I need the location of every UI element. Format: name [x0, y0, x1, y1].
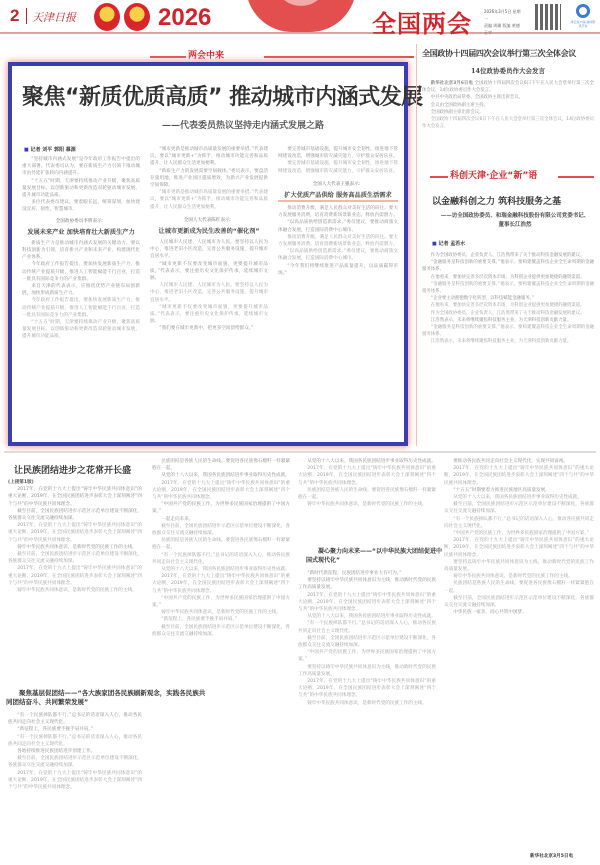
- subhead-kicker: 全国人大代表陈红表示：: [150, 217, 268, 224]
- paragraph: “城市更新是推动城市高质量发展的重要举措。”代表建议，要以“城市更新+”为抓手，…: [150, 189, 268, 211]
- bottom-column-2: 民族团结是各族人民的生命线。要促进各民族像石榴籽一样紧紧抱在一起。 从党的十八大…: [152, 458, 290, 862]
- right-feature-subtitle: ——访全国政协委员、和瑞金融科技股份有限公司党委书记、董事长江浩然: [440, 212, 590, 230]
- paragraph: 要坚持以铸牢中华民族共同体意识为主线，推动新时代党的民族工作高质量发展。: [444, 559, 594, 573]
- article-column-1: “坚持城市内涵式发展”是今年政府工作报告中提出的重大部署。代表委员认为，要在新质…: [22, 156, 140, 440]
- paragraph: 截至目前，全国民族团结进步示范区示范单位建设不断深化，各族群众交往交流交融持续加…: [152, 624, 290, 638]
- paragraph: 铸牢中华民族共同体意识，是新时代党的民族工作的主线。: [298, 700, 436, 707]
- bottom-subhead-3: 凝心聚力向未来——“以中华民族大团结促进中国式现代化”: [306, 547, 446, 565]
- article-column-2: “城市更新是推动城市高质量发展的重要举措。”代表建议，要以“城市更新+”为抓手，…: [150, 146, 268, 440]
- dateline: 新华社北京3月6日电: [431, 81, 473, 86]
- paragraph: 2017年，在党的十九大上提出“铸牢中华民族共同体意识”的重大论断，2019年，…: [298, 592, 436, 614]
- right-section-banner: 科创天津·企业“新”语: [430, 168, 594, 182]
- paragraph: 推动消费升级，满足人民群众对美好生活的向往。要大力发展服务消费，培育消费新场景新…: [278, 234, 398, 248]
- paragraph: “有一个民族掉队都不行。”总书记的话语深入人心，推动各民族共同走向社会主义现代化…: [444, 516, 594, 530]
- paragraph: “新征程上，各民族要手挽手肩并肩。”: [152, 616, 290, 623]
- paragraph: “城市更新不仅要改变城市面貌，更要提升城市品质。”代表表示，要注重历史文化保护传…: [150, 304, 268, 326]
- paragraph: 中共中央政治局常委、全国政协主席出席会议。: [422, 94, 594, 101]
- paragraph: 全国政协副主席出席会议。: [422, 109, 594, 116]
- cppcc-emblem-icon: [124, 3, 150, 31]
- paragraph: 从党的十八大以来，我国各民族团结进步事业取得历史性成就。: [298, 613, 436, 620]
- subhead: 扩大优质产品供给 服务高品质生活需求: [278, 191, 398, 202]
- paragraph: 民族团结是各族人民的生命线。要促进各民族像石榴籽一样紧紧抱在一起。: [298, 487, 436, 501]
- paragraph: “新质生产力的发展需要空间载体。”委员表示，要盘活存量用地，推进产业园区提质增效…: [150, 168, 268, 190]
- paragraph: “中国共产党的民族工作，为世界多民族国家治理提供了中国方案。”: [152, 595, 290, 609]
- paragraph: 截至目前，全国民族团结进步示范区示范单位建设不断深化，各族群众交往交流交融持续加…: [444, 501, 594, 515]
- paragraph: 在他看来，要加快完善多层次资本市场，为科创企业提供更加便捷的融资渠道。: [422, 274, 594, 281]
- paragraph: 铸牢中华民族共同体意识，是新时代党的民族工作的主线。: [8, 544, 142, 551]
- paragraph: 截至目前，全国民族团结进步示范区示范单位建设不断深化，各族群众交往交流交融持续加…: [8, 755, 142, 769]
- paragraph: 要完善城市基础设施，提升城市安全韧性，推进地下管网建设改造，增强城市防灾减灾能力…: [278, 160, 398, 174]
- article-column-3: 要完善城市基础设施，提升城市安全韧性，推进地下管网建设改造，增强城市防灾减灾能力…: [278, 146, 398, 440]
- paragraph: 从党的十八大以来，我国各民族团结进步事业取得历史性成就。: [298, 458, 436, 465]
- paragraph: “新时代新征程，民族团结进步事业大有可为。”: [298, 570, 436, 577]
- paragraph: 一起走向未来。: [152, 516, 290, 523]
- paragraph: 中华民族一家亲，同心共筑中国梦。: [444, 609, 594, 616]
- paragraph: 从党的十八大以来，我国各民族团结进步事业取得历史性成就。: [152, 566, 290, 573]
- section-label: 科创天津·企业“新”语: [450, 168, 537, 181]
- paragraph: “中国共产党的民族工作，为世界多民族国家治理提供了中国方案。”: [152, 501, 290, 515]
- paragraph: “十五五”时期要着力推进民族地区高质量发展。: [444, 487, 594, 494]
- paragraph: 会议由全国政协副主席主持。: [422, 102, 594, 109]
- paper-name: 天津日报: [32, 9, 76, 25]
- year-label: 2026: [158, 4, 211, 32]
- paragraph: 截至目前，全国民族团结进步示范区示范单位建设不断深化，各族群众交往交流交融持续加…: [8, 508, 142, 522]
- paragraph: 要坚持以铸牢中华民族共同体意识为主线，推动新时代党的民族工作高质量发展。: [298, 664, 436, 678]
- banner-line-left: [430, 176, 448, 178]
- right-feature-headline[interactable]: 以金融科创之力 筑科技服务之基: [432, 194, 592, 207]
- subhead-kicker: 全国人大代表王强表示：: [278, 181, 398, 188]
- dateline: (上接第1版): [8, 479, 142, 486]
- paragraph: 2017年，在党的十九大上提出“铸牢中华民族共同体意识”的重大论断，2019年，…: [152, 480, 290, 502]
- article-headline: 聚焦“新质优质高质” 推动城市内涵式发展: [22, 80, 402, 111]
- paragraph: 今年政府工作报告提出，要加快发展新质生产力，推动传统产业提质升级，推进人工智能赋…: [22, 297, 140, 319]
- paragraph: “城市更新是推动城市高质量发展的重要举措。”代表建议，要以“城市更新+”为抓手，…: [150, 146, 268, 168]
- paragraph: “我们要在城市更新中，把更多空间留给群众。”: [150, 325, 268, 332]
- banner-line-right: [558, 176, 594, 178]
- paragraph: “有一个民族掉队都不行。”总书记的话语深入人心，推动各民族共同走向社会主义现代化…: [8, 712, 142, 726]
- paragraph: 民族团结是各族人民的生命线。要促进各民族像石榴籽一样紧紧抱在一起。: [444, 580, 594, 594]
- paragraph: 江浩然表示，未来将继续聚焦科技服务主业，为天津科技创新贡献力量。: [422, 338, 594, 345]
- paragraph: “城市更新不仅要改变城市面貌，更要提升城市品质。”代表表示，要注重历史文化保护传…: [150, 261, 268, 283]
- date-info: 2026年3月5日 星期一 责编 周璐 版编 黄德 王宇: [484, 8, 524, 36]
- paragraph: “有一个民族掉队都不行。”总书记的话语深入人心，推动各民族共同走向社会主义现代化…: [298, 620, 436, 634]
- right-article-headline[interactable]: 全国政协十四届四次会议举行第三次全体会议: [422, 48, 598, 59]
- paragraph: “中国共产党的民族工作，为世界多民族国家治理提供了中国方案。”: [444, 530, 594, 537]
- event-title: 全国两会: [372, 4, 472, 39]
- paragraph: “企业要主动拥抱数字化转型，以科技赋能金融服务。”: [422, 295, 594, 302]
- featured-article-highlight: 聚焦“新质优质高质” 推动城市内涵式发展 ——代表委员热议坚持走内涵式发展之路 …: [8, 62, 408, 446]
- paragraph: 截至目前，全国民族团结进步示范区示范单位建设不断深化，各族群众交往交流交融持续加…: [298, 635, 436, 649]
- banner-line-right: [264, 56, 414, 58]
- paragraph: 江浩然表示，未来将继续聚焦科技服务主业，为天津科技创新贡献力量。: [422, 317, 594, 324]
- paragraph: 从党的十八大以来，我国各民族团结进步事业取得历史性成就。: [152, 472, 290, 479]
- banner-line-left: [150, 56, 186, 58]
- paragraph: 铸牢中华民族共同体意识，是新时代党的民族工作的主线。: [152, 609, 290, 616]
- paragraph: 截至目前，全国民族团结进步示范区示范单位建设不断深化，各族群众交往交流交融持续加…: [444, 595, 594, 609]
- page-number: 2: [10, 6, 19, 26]
- paragraph: 作为全国政协委员、企业负责人，江浩然带来了关于推动科技金融发展的建议。: [422, 252, 594, 259]
- paragraph: “金融服务是科技创新的重要支撑。”他表示，要构建覆盖科技企业全生命周期的金融服务…: [422, 281, 594, 295]
- paragraph: “有一个民族掉队都不行。”总书记的话语深入人心，推动各民族共同走向社会主义现代化…: [8, 734, 142, 748]
- paragraph: 2017年，在党的十九大上提出“铸牢中华民族共同体意识”的重大论断，2019年，…: [8, 565, 142, 587]
- paragraph: 铸牢中华民族共同体意识，是新时代党的民族工作的主线。: [298, 501, 436, 508]
- article-subtitle: ——代表委员热议坚持走内涵式发展之路: [12, 118, 404, 131]
- paragraph: 人民城市人民建，人民城市为人民。要坚持以人民为中心，推进老旧小区改造，完善公共服…: [150, 282, 268, 304]
- paragraph: 2017年，在党的十九大上提出“铸牢中华民族共同体意识”的重大论断，2019年，…: [298, 465, 436, 487]
- section-divider: [4, 451, 596, 453]
- paragraph: 铸牢中华民族共同体意识，是新时代党的民族工作的主线。: [444, 573, 594, 580]
- bottom-column-1: (上接第1版) 2017年，在党的十九大上提出“铸牢中华民族共同体意识”的重大论…: [8, 479, 142, 684]
- national-emblem-icon: [94, 3, 120, 31]
- signoff: 新华社北京3月5日电: [530, 853, 573, 859]
- paragraph: “新征程上，各民族要手挽手肩并肩。”: [8, 726, 142, 733]
- subhead-kicker: 全国政协委员李明表示：: [22, 218, 140, 225]
- paragraph: “金融服务是科技创新的重要支撑。”他表示，要构建覆盖科技企业全生命周期的金融服务…: [422, 324, 594, 338]
- paragraph: “坚持城市内涵式发展”是今年政府工作报告中提出的重大部署。代表委员认为，要在新质…: [22, 156, 140, 178]
- paragraph: 民族团结是各族人民的生命线。要促进各民族像石榴籽一样紧紧抱在一起。: [152, 458, 290, 472]
- paragraph: 多位代表委员建议，要着眼长远，统筹谋划，加快建设宜居、韧性、智慧城市。: [22, 199, 140, 213]
- bottom-column-3a: 从党的十八大以来，我国各民族团结进步事业取得历史性成就。 2017年，在党的十九…: [298, 458, 436, 544]
- qr-code-icon[interactable]: [535, 4, 561, 30]
- byline: 记者 孟若水: [432, 240, 465, 247]
- paragraph: 要完善城市基础设施，提升城市安全韧性，推进地下管网建设改造，增强城市防灾减灾能力…: [278, 146, 398, 160]
- byline: 记者 刘平 郭阳 慕源: [24, 146, 76, 153]
- date-line: 2026年3月5日 星期一: [484, 8, 524, 22]
- right-article-subtitle: 14位政协委员作大会发言: [420, 66, 596, 75]
- paragraph: 2017年，在党的十九大上提出“铸牢中华民族共同体意识”的重大论断，2019年，…: [8, 486, 142, 508]
- paragraph: “金融服务是科技创新的重要支撑。”他表示，要构建覆盖科技企业全生命周期的金融服务…: [422, 259, 594, 273]
- page-separator: [26, 8, 27, 24]
- paragraph: “今年我们将继续推进产品质量提升，以品质赢得市场。”: [278, 263, 398, 277]
- paragraph: 推动消费升级，满足人民群众对美好生活的向往。要大力发展服务消费，培育消费新场景新…: [278, 205, 398, 219]
- editor-line: 责编 周璐 版编 黄德 王宇: [484, 22, 524, 36]
- paragraph: 要推动各民族共同走向社会主义现代化，实现共同富裕。: [444, 458, 594, 465]
- paragraph: 全国政协十四届四次会议6日下午在人民大会堂举行第三次全体会议，14位政协委员作大…: [422, 116, 594, 130]
- paragraph: 截至目前，全国民族团结进步示范区示范单位建设不断深化，各族群众交往交流交融持续加…: [8, 551, 142, 565]
- paragraph: 作为全国政协委员、企业负责人，江浩然带来了关于推动科技金融发展的建议。: [422, 310, 594, 317]
- section-label: 两会中来: [188, 48, 224, 61]
- paragraph: 截至目前，全国民族团结进步示范区示范单位建设不断深化，各族群众交往交流交融持续加…: [152, 523, 290, 537]
- right-article-body: 新华社北京3月6日电 全国政协十四届四次会议6日下午在人民大会堂举行第三次全体会…: [422, 80, 594, 158]
- paragraph: 铸牢中华民族共同体意识，是新时代党的民族工作的主线。: [8, 587, 142, 594]
- paragraph: 2017年，在党的十九大上提出“铸牢中华民族共同体意识”的重大论断，2019年，…: [8, 522, 142, 544]
- paragraph: 人民城市人民建，人民城市为人民。要坚持以人民为中心，推进老旧小区改造，完善公共服…: [150, 239, 268, 261]
- paragraph: “有一个民族掉队都不行。”总书记的话语深入人心，推动各民族共同走向社会主义现代化…: [152, 552, 290, 566]
- section-banner: 两会中来: [150, 48, 280, 62]
- star-fan-decoration: [246, 0, 356, 32]
- paragraph: 2017年，在党的十九大上提出“铸牢中华民族共同体意识”的重大论断，2019年，…: [444, 465, 594, 487]
- bottom-column-3b: “新时代新征程，民族团结进步事业大有可为。” 要坚持以铸牢中华民族共同体意识为主…: [298, 570, 436, 862]
- bottom-column-1b: “有一个民族掉队都不行。”总书记的话语深入人心，推动各民族共同走向社会主义现代化…: [8, 712, 142, 862]
- paragraph: 2017年，在党的十九大上提出“铸牢中华民族共同体意识”的重大论断，2019年，…: [298, 678, 436, 700]
- subhead: 发展未来产业 加快培育壮大新质生产力: [22, 228, 140, 237]
- paragraph: 要坚持以铸牢中华民族共同体意识为主线，推动新时代党的民族工作高质量发展。: [298, 577, 436, 591]
- paragraph: 从党的十八大以来，我国各民族团结进步事业取得历史性成就。: [444, 494, 594, 501]
- right-feature-body: 作为全国政协委员、企业负责人，江浩然带来了关于推动科技金融发展的建议。 “金融服…: [422, 252, 594, 444]
- paragraph: 2017年，在党的十九大上提出“铸牢中华民族共同体意识”的重大论断，2019年，…: [8, 770, 142, 792]
- paragraph: 2017年，在党的十九大上提出“铸牢中华民族共同体意识”的重大论断，2019年，…: [444, 537, 594, 559]
- paragraph: 2017年，在党的十九大上提出“铸牢中华民族共同体意识”的重大论断，2019年，…: [152, 573, 290, 595]
- column-divider: [416, 44, 417, 446]
- app-label: 津云客户端 新闻资讯平台: [570, 20, 596, 28]
- paragraph: “中国共产党的民族工作，为世界多民族国家治理提供了中国方案。”: [298, 649, 436, 663]
- paragraph: “以高品质供给创造新需求。”委员建议，要推动商旅文体融合发展，打造国际消费中心城…: [278, 248, 398, 262]
- app-logo[interactable]: 津云客户端 新闻资讯平台: [570, 4, 596, 32]
- subhead: 让城市更新成为民生改善的“催化剂”: [150, 227, 268, 236]
- paragraph: “十五五”时期，天津要持续推动产业升级，聚焦高质量发展目标，以创新驱动和更新改造…: [22, 319, 140, 341]
- paragraph: “十五五”时期，天津要持续推动产业升级，聚焦高质量发展目标，以创新驱动和更新改造…: [22, 178, 140, 200]
- bottom-column-4: 要推动各民族共同走向社会主义现代化，实现共同富裕。 2017年，在党的十九大上提…: [444, 458, 594, 850]
- paragraph: 来自天津的代表表示，应围绕优势产业链布局创新链，加快形成新质生产力。: [22, 283, 140, 297]
- paragraph: 各地持续推进民族团结进步创建工作。: [8, 748, 142, 755]
- paragraph: 在他看来，要加快完善多层次资本市场，为科创企业提供更加便捷的融资渠道。: [422, 302, 594, 309]
- paragraph: 民族团结是各族人民的生命线。要促进各民族像石榴籽一样紧紧抱在一起。: [152, 537, 290, 551]
- masthead: 2 天津日报 2026 全国两会 2026年3月5日 星期一 责编 周璐 版编 …: [0, 0, 600, 34]
- paragraph: “以高品质供给创造新需求。”委员建议，要推动商旅文体融合发展，打造国际消费中心城…: [278, 219, 398, 233]
- cloud-logo-icon: [576, 4, 590, 18]
- paragraph: 今年政府工作报告提出，要加快发展新质生产力，推动传统产业提质升级，推进人工智能赋…: [22, 261, 140, 283]
- featured-article[interactable]: 聚焦“新质优质高质” 推动城市内涵式发展 ——代表委员热议坚持走内涵式发展之路 …: [8, 62, 408, 446]
- paragraph: 新质生产力是推动城市内涵式发展的关键动力。要以科技创新为引领，培育新兴产业和未来…: [22, 240, 140, 262]
